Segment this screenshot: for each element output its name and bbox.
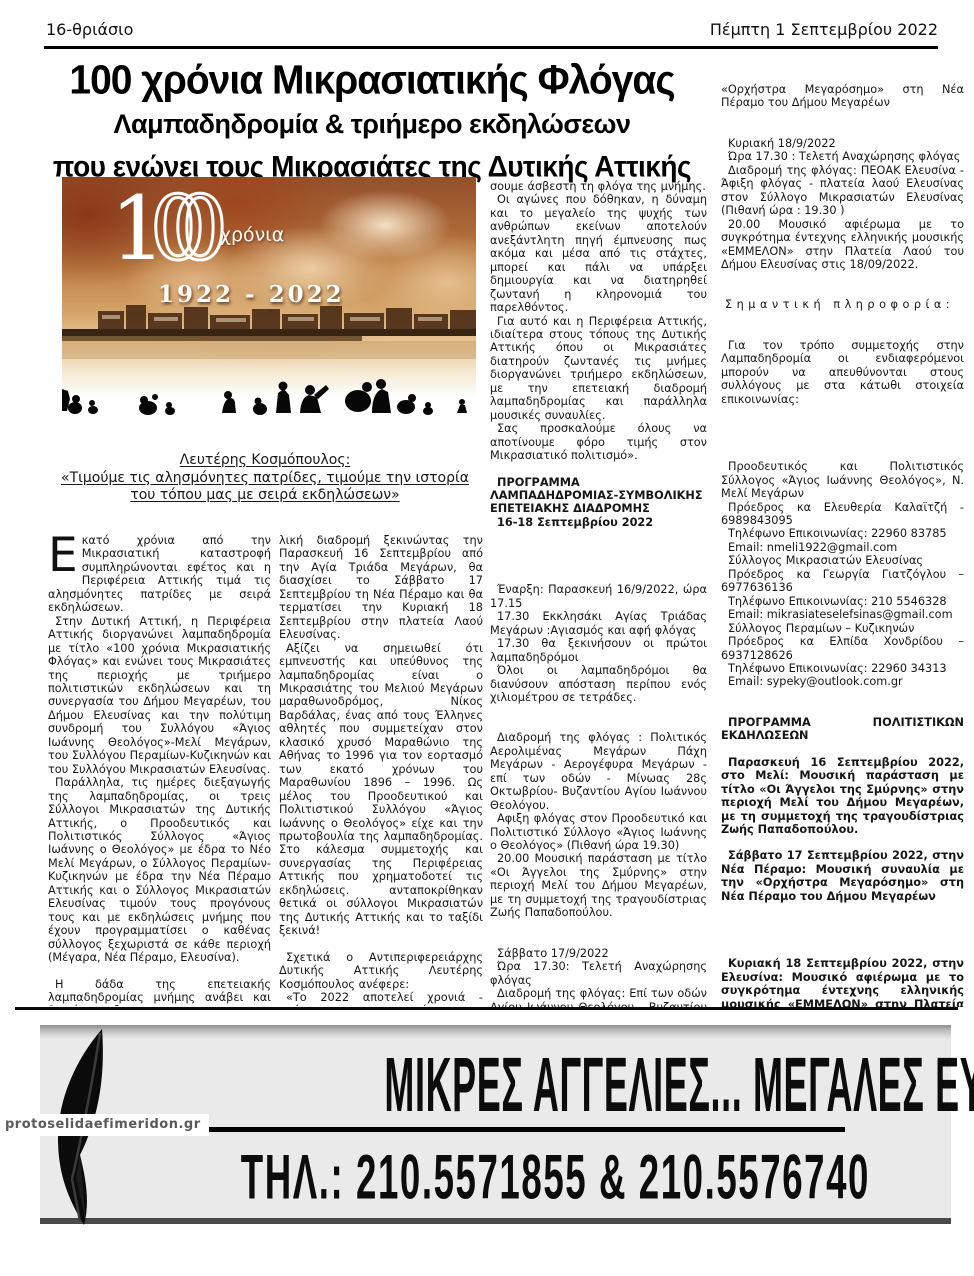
refugee-silhouettes-graphic bbox=[62, 375, 476, 417]
paragraph: 20.00 Μουσικό αφιέρωμα με το συγκρότημα … bbox=[721, 218, 964, 272]
ad-headline: ΜΙΚΡΕΣ ΑΓΓΕΛΙΕΣ... ΜΕΓΑΛΕΣ ΕΥΚΑΙΡΙΕΣ! bbox=[152, 1041, 937, 1108]
paragraph: 17.30 Εκκλησάκι Αγίας Τριάδας Μεγάρων :Α… bbox=[490, 610, 707, 637]
paragraph: Για τον τρόπο συμμετοχής στην Λαμπαδηδρο… bbox=[721, 339, 964, 406]
page-header: 16-θριάσιο Πέμπτη 1 Σεπτεμβρίου 2022 bbox=[44, 20, 938, 44]
paragraph: Σχετικά ο Αντιπεριφερειάρχης Δυτικής Αττ… bbox=[279, 951, 483, 991]
smyrna-photo: 100χρόνια 1922 - 2022 bbox=[62, 177, 476, 417]
centennial-logo: 100χρόνια bbox=[110, 185, 284, 273]
paragraph: Διαδρομή της φλόγας : Πολιτικός Αερολιμέ… bbox=[490, 731, 707, 812]
logo-years: 1922 - 2022 bbox=[158, 281, 345, 308]
article-column-2: λική διαδρομή ξεκινώντας την Παρασκευή 1… bbox=[279, 534, 483, 1006]
article-column-3: σουμε άσβεστη τη φλόγα της μνήμης. Οι αγ… bbox=[490, 180, 707, 1007]
paragraph: Οι αγώνες που δόθηκαν, η δύναμη και το μ… bbox=[490, 193, 707, 314]
contact-email: Email: nmeli1922@gmail.com bbox=[721, 541, 964, 554]
newspaper-page: { "header": { "left": "16-θριάσιο", "rig… bbox=[0, 0, 974, 1276]
paragraph: Σάββατο 17 Σεπτεμβρίου 2022, στην Νέα Πέ… bbox=[721, 849, 964, 903]
ad-divider-rule bbox=[190, 1127, 845, 1132]
article-bottom-rule bbox=[15, 1007, 958, 1010]
masthead-rule bbox=[44, 46, 938, 49]
headline-line1: 100 χρόνια Μικρασιατικής Φλόγας bbox=[38, 59, 706, 103]
issue-date: Πέμπτη 1 Σεπτεμβρίου 2022 bbox=[710, 20, 938, 39]
paragraph: Η δάδα της επετειακής λαμπαδηδρομίας μνή… bbox=[48, 978, 271, 1007]
newspaper-name: 16-θριάσιο bbox=[46, 20, 133, 39]
contact-email: Email: sypeky@outlook.com.gr bbox=[721, 675, 964, 688]
program-torch-relay-header: ΠΡΟΓΡΑΜΜΑ ΛΑΜΠΑΔΗΔΡΟΜΙΑΣ-ΣΥΜΒΟΛΙΚΗΣ ΕΠΕΤ… bbox=[490, 476, 707, 516]
drop-cap: Ε bbox=[48, 534, 82, 575]
program-cultural-events-header: ΠΡΟΓΡΑΜΜΑ ΠΟΛΙΤΙΣΤΙΚΩΝ ΕΚΔΗΛΩΣΕΩΝ bbox=[721, 716, 964, 743]
paragraph: «Το 2022 αποτελεί χρονιά - ορόσημο για τ… bbox=[279, 991, 483, 1006]
paragraph: Κυριακή 18 Σεπτεμβρίου 2022, στην Ελευσί… bbox=[721, 957, 964, 1007]
paragraph: Ώρα 17.30: Τελετή Αναχώρησης φλόγας bbox=[490, 960, 707, 987]
paragraph: Παρασκευή 16 Σεπτεμβρίου 2022, στο Μελί:… bbox=[721, 756, 964, 837]
paragraph: λική διαδρομή ξεκινώντας την Παρασκευή 1… bbox=[279, 534, 483, 642]
contact-email: Email: mikrasiateselefsinas@gmail.com bbox=[721, 608, 964, 621]
paragraph: «Ορχήστρα Μεγαρόσημο» στη Νέα Πέραμο του… bbox=[721, 83, 964, 110]
paragraph: σουμε άσβεστη τη φλόγα της μνήμης. bbox=[490, 180, 707, 193]
paragraph: Τηλέφωνο Επικοινωνίας: 22960 34313 bbox=[721, 662, 964, 675]
article-column-1: Εκατό χρόνια από την Μικρασιατική καταστ… bbox=[48, 534, 271, 1006]
paragraph: Όλοι οι λαμπαδηδρόμοι θα διανύσουν απόστ… bbox=[490, 664, 707, 704]
caption-line3: του τόπου μας με σειρά εκδηλώσεων» bbox=[55, 487, 475, 505]
paragraph: Στην Δυτική Αττική, η Περιφέρεια Αττικής… bbox=[48, 615, 271, 776]
paragraph: Αξίζει να σημειωθεί ότι εμπνευστής και υ… bbox=[279, 642, 483, 938]
paragraph: Εκατό χρόνια από την Μικρασιατική καταστ… bbox=[48, 534, 271, 615]
paragraph: Πρόεδρος κα Ελευθερία Καλαϊτζή - 6989843… bbox=[721, 501, 964, 528]
paragraph: Πρόεδρος κα Ελπίδα Χονδρίδου – 693712862… bbox=[721, 635, 964, 662]
paragraph: Διαδρομή της φλόγας: ΠΕΟΑΚ Ελευσίνα - Άφ… bbox=[721, 164, 964, 218]
paragraph: Πρόεδρος κα Γεωργία Γιατζόγλου – 6977636… bbox=[721, 568, 964, 595]
site-watermark: protoselidaefimeridon.gr bbox=[0, 1114, 209, 1136]
program-dates: 16-18 Σεπτεμβρίου 2022 bbox=[490, 516, 707, 529]
paragraph: Έναρξη: Παρασκευή 16/9/2022, ώρα 17.15 bbox=[490, 583, 707, 610]
article-column-4: «Ορχήστρα Μεγαρόσημο» στη Νέα Πέραμο του… bbox=[721, 83, 964, 1007]
photo-caption: Λευτέρης Κοσμόπουλος: «Τιμούμε τις αλησμ… bbox=[55, 452, 475, 505]
paragraph: Για αυτό και η Περιφέρεια Αττικής, ιδιαί… bbox=[490, 315, 707, 423]
paragraph: Προοδευτικός και Πολιτιστικός Σύλλογος «… bbox=[721, 460, 964, 500]
paragraph: Ώρα 17.30 : Τελετή Αναχώρησης φλόγας bbox=[721, 150, 964, 163]
caption-line1: Λευτέρης Κοσμόπουλος: bbox=[55, 452, 475, 470]
paragraph: Διαδρομή της φλόγας: Επί των οδών Αγίου … bbox=[490, 987, 707, 1007]
headline-line2: Λαμπαδηδρομία & τριήμερο εκδηλώσεων bbox=[38, 109, 706, 139]
caption-line2: «Τιμούμε τις αλησμόνητες πατρίδες, τιμού… bbox=[55, 470, 475, 488]
paragraph: Παράλληλα, τις ημέρες διεξαγωγής της λαμ… bbox=[48, 776, 271, 964]
important-info-header: Σημαντική πληροφορία: bbox=[721, 298, 964, 311]
paragraph: Αφιξη φλόγας στον Προοδευτικό και Πολιτι… bbox=[490, 812, 707, 852]
paragraph: 17.30 θα ξεκινήσουν οι πρώτοι λαμπαδηδρό… bbox=[490, 637, 707, 664]
paragraph: Σας προσκαλούμε όλους να αποτίνουμε φόρο… bbox=[490, 422, 707, 462]
paragraph: Τηλέφωνο Επικοινωνίας: 22960 83785 bbox=[721, 527, 964, 540]
paragraph: Σύλλογος Μικρασιατών Ελευσίνας bbox=[721, 554, 964, 567]
ad-top-band bbox=[40, 1025, 951, 1039]
paragraph: Σάββατο 17/9/2022 bbox=[490, 947, 707, 960]
paragraph: Σύλλογος Περαμίων – Κυζικηνών bbox=[721, 622, 964, 635]
ad-phone-numbers: ΤΗΛ.: 210.5571855 & 210.5576740 bbox=[152, 1139, 937, 1194]
paragraph: Κυριακή 18/9/2022 bbox=[721, 137, 964, 150]
paragraph: Τηλέφωνο Επικοινωνίας: 210 5546328 bbox=[721, 595, 964, 608]
logo-suffix: χρόνια bbox=[220, 224, 284, 246]
article-headline: 100 χρόνια Μικρασιατικής Φλόγας Λαμπαδηδ… bbox=[38, 60, 706, 182]
paragraph: 20.00 Μουσική παράσταση με τίτλο «Οι Άγγ… bbox=[490, 852, 707, 919]
